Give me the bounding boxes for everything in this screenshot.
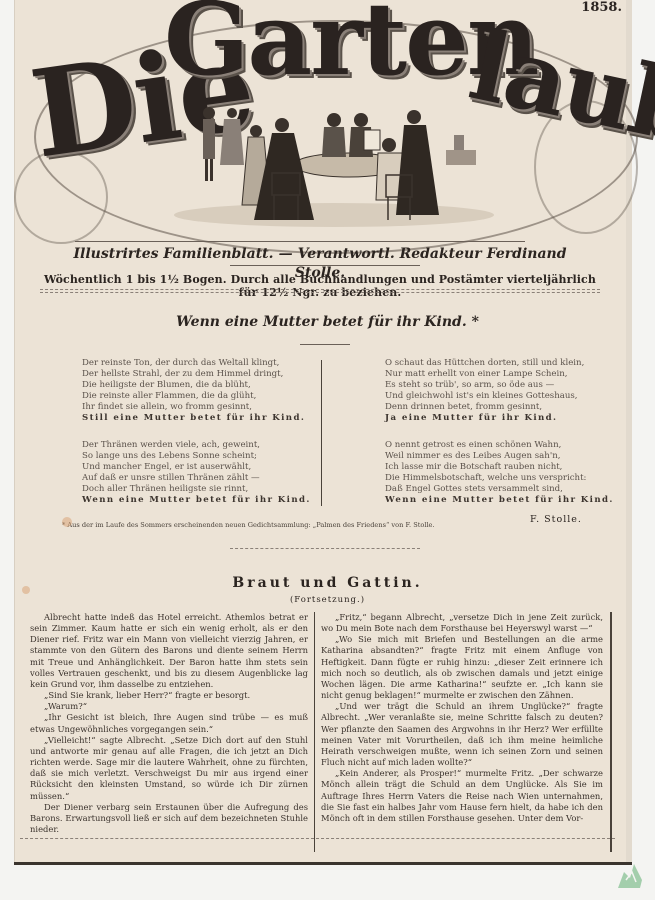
poem-refrain: Wenn eine Mutter betet für ihr Kind.: [82, 495, 311, 506]
story-paragraph: Der Diener verbarg sein Erstaunen über d…: [30, 802, 308, 835]
poem-line: Die heiligste der Blumen, die da blüht,: [82, 380, 305, 391]
poem-footnote: * Aus der im Laufe des Sommers erscheine…: [62, 521, 435, 529]
story-paragraph: „Vielleicht!“ sagte Albrecht. „Setze Dic…: [30, 735, 308, 802]
poem-line: Die reinste aller Flammen, die da glüht,: [82, 391, 305, 402]
poem-line: Weil nimmer es des Leibes Augen sah'n,: [385, 451, 614, 462]
poem-line: Die Himmelsbotschaft, welche uns verspri…: [385, 473, 614, 484]
masthead: Die Garten laube. 1858.: [14, 0, 626, 240]
paper-stain: [22, 586, 30, 594]
poem-title: Wenn eine Mutter betet für ihr Kind. *: [0, 314, 655, 330]
poem-line: Und gleichwohl ist's ein kleines Gottesh…: [385, 391, 584, 402]
poem-line: Ich lasse mir die Botschaft rauben nicht…: [385, 462, 614, 473]
poem-line: Der hellste Strahl, der zu dem Himmel dr…: [82, 369, 305, 380]
poem-line: Doch aller Thränen heiligste sie rinnt,: [82, 484, 311, 495]
story-subtitle: (Fortsetzung.): [0, 595, 655, 605]
section-divider: [230, 548, 420, 549]
poem-refrain: Wenn eine Mutter betet für ihr Kind.: [385, 495, 614, 506]
family-garden-illustration: [164, 95, 504, 230]
poem-stanza-2: Der Thränen werden viele, ach, geweint, …: [82, 440, 311, 505]
poem-line: Und mancher Engel, er ist auserwählt,: [82, 462, 311, 473]
story-paragraph: „Kein Anderer, als Prosper!“ murmelte Fr…: [321, 768, 603, 824]
story-paragraph: „Und wer trägt die Schuld an ihrem Unglü…: [321, 701, 603, 768]
story-column-right: „Fritz,“ begann Albrecht, „versetze Dich…: [321, 612, 603, 824]
library-stamp-icon: [614, 858, 646, 890]
subtitle-main: Illustrirtes Familienblatt.: [74, 246, 274, 262]
poem-stanza-1: Der reinste Ton, der durch das Weltall k…: [82, 358, 305, 423]
poem-stanza-3: O schaut das Hüttchen dorten, still und …: [385, 358, 584, 423]
story-paragraph: „Sind Sie krank, lieber Herr?“ fragte er…: [30, 690, 308, 701]
poem-line: So lange uns des Lebens Sonne scheint;: [82, 451, 311, 462]
poem-refrain: Still eine Mutter betet für ihr Kind.: [82, 413, 305, 424]
poem-signature: F. Stolle.: [530, 514, 582, 525]
story-title: Braut und Gattin.: [0, 575, 655, 591]
poem-title-rule: [300, 344, 350, 345]
poem-line: Daß Engel Gottes stets versammelt sind,: [385, 484, 614, 495]
poem-line: Der Thränen werden viele, ach, geweint,: [82, 440, 311, 451]
poem-column-divider: [321, 360, 322, 506]
bottom-rule: [20, 838, 615, 839]
poem-refrain: Ja eine Mutter für ihr Kind.: [385, 413, 584, 424]
rule-dashed-1: [40, 289, 600, 290]
paper-stain: [62, 517, 72, 527]
year-label: 1858.: [581, 0, 622, 15]
poem-line: Denn drinnen betet, fromm gesinnt,: [385, 402, 584, 413]
poem-line: O nennt getrost es einen schönen Wahn,: [385, 440, 614, 451]
editor-label: Verantwortl. Redakteur: [298, 246, 482, 262]
rule-top: [75, 241, 525, 242]
story-paragraph: Albrecht hatte indeß das Hotel erreicht.…: [30, 612, 308, 690]
poem-line: Nur matt erhellt von einer Lampe Schein,: [385, 369, 584, 380]
poem-line: Ihr findet sie allein, wo fromm gesinnt,: [82, 402, 305, 413]
story-paragraph: „Wo Sie mich mit Briefen und Bestellunge…: [321, 634, 603, 701]
rule-short: [230, 265, 420, 266]
story-paragraph: „Fritz,“ begann Albrecht, „versetze Dich…: [321, 612, 603, 634]
page-bottom-edge: [14, 862, 632, 865]
page-right-rule: [610, 612, 612, 852]
publication-info: Wöchentlich 1 bis 1½ Bogen. Durch alle B…: [40, 273, 600, 299]
subtitle-dash: —: [279, 246, 293, 262]
poem-line: O schaut das Hüttchen dorten, still und …: [385, 358, 584, 369]
story-column-left: Albrecht hatte indeß das Hotel erreicht.…: [30, 612, 308, 835]
story-paragraph: „Ihr Gesicht ist bleich, Ihre Augen sind…: [30, 712, 308, 734]
poem-line: Es steht so trüb', so arm, so öde aus —: [385, 380, 584, 391]
poem-line: Auf daß er unsre stillen Thränen zählt —: [82, 473, 311, 484]
story-paragraph: „Warum?“: [30, 701, 308, 712]
rule-dashed-2: [40, 292, 600, 293]
poem-stanza-4: O nennt getrost es einen schönen Wahn, W…: [385, 440, 614, 505]
story-column-divider: [314, 612, 315, 852]
poem-line: Der reinste Ton, der durch das Weltall k…: [82, 358, 305, 369]
